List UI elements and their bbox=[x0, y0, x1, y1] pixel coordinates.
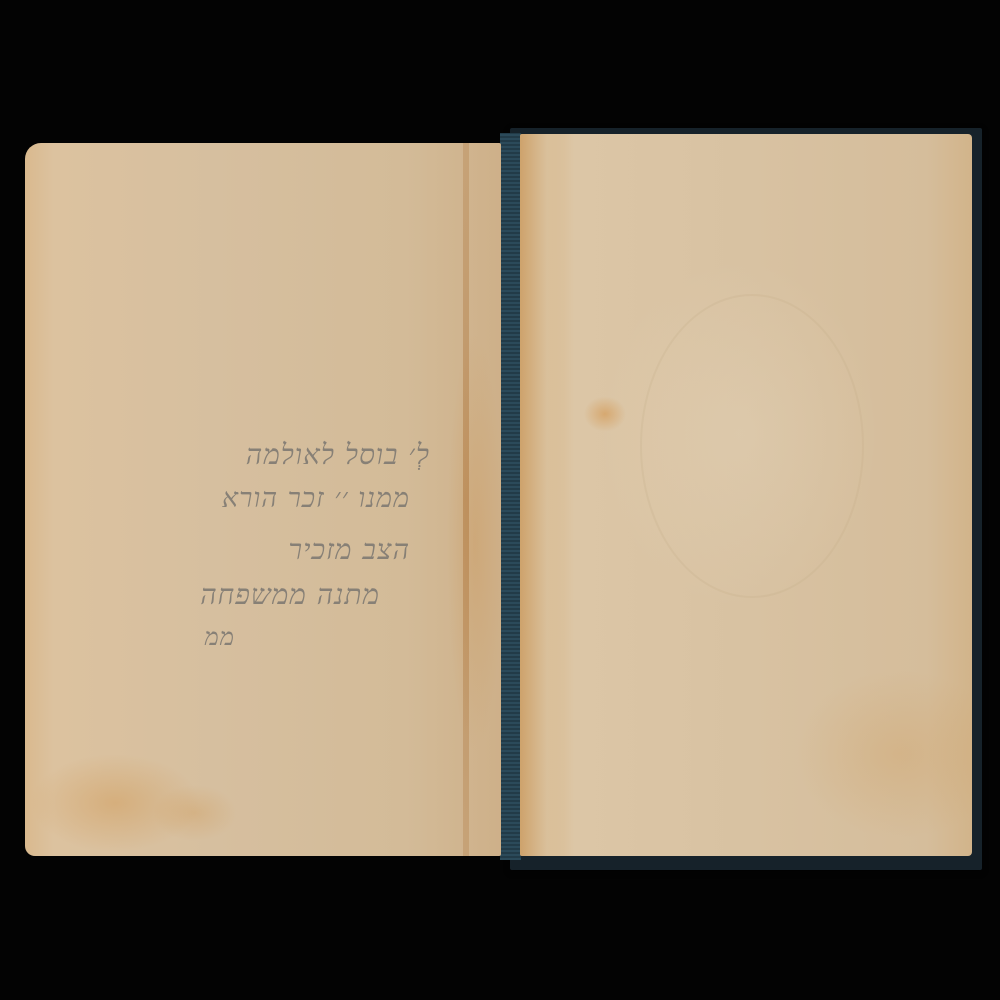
inscription-line: ממ bbox=[205, 623, 235, 652]
inscription-line: לְ׳ בוסל לאולמה bbox=[246, 438, 430, 472]
hinge-stain bbox=[520, 134, 565, 856]
pencil-inscription: לְ׳ בוסל לאולמה ממנו ׳׳ זכר הורא הצב מזכ… bbox=[110, 428, 490, 673]
background: לְ׳ בוסל לאולמה ממנו ׳׳ זכר הורא הצב מזכ… bbox=[0, 0, 1000, 1000]
show-through-mark bbox=[640, 294, 864, 598]
left-endpaper: לְ׳ בוסל לאולמה ממנו ׳׳ זכר הורא הצב מזכ… bbox=[25, 143, 501, 856]
inscription-line: מתנה ממשפחה bbox=[200, 578, 380, 612]
inscription-line: הצב מזכיר bbox=[288, 533, 410, 567]
book-spine bbox=[500, 133, 521, 860]
right-endpaper bbox=[520, 134, 972, 856]
inscription-line: ממנו ׳׳ זכר הורא bbox=[222, 483, 410, 514]
